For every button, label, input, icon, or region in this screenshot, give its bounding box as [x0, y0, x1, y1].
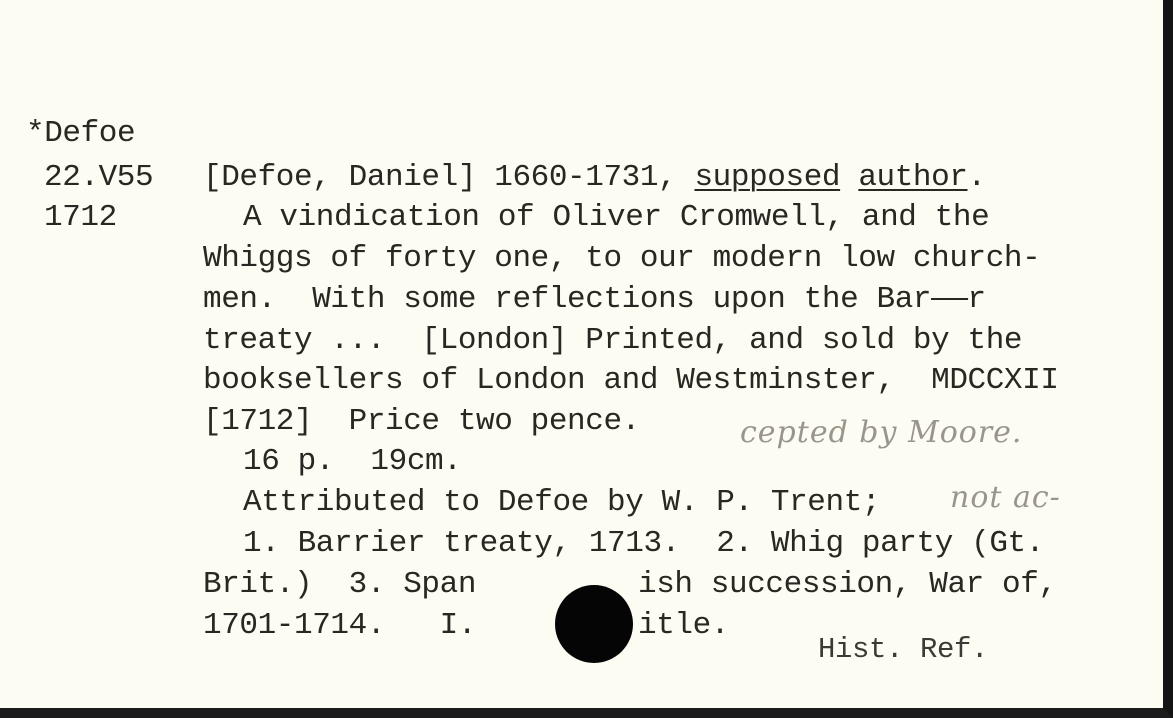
tracing-line-2b: ish succession, War of, — [638, 565, 1057, 605]
tracing-line-1: 1. Barrier treaty, 1713. 2. Whig party (… — [243, 524, 1044, 564]
tracing-line-2a: Brit.) 3. Span — [203, 565, 476, 605]
tracing-line-3b: itle. — [638, 606, 729, 646]
attribution-note: Attributed to Defoe by W. P. Trent; — [243, 483, 880, 523]
title-line-1: A vindication of Oliver Cromwell, and th… — [243, 198, 989, 238]
call-number-year: 1712 — [44, 198, 117, 238]
call-number-class: 22.V55 — [44, 158, 153, 198]
handwritten-note-2: cepted by Moore. — [740, 415, 1022, 450]
collation: 16 p. 19cm. — [243, 442, 461, 482]
handwritten-note-1: not ac- — [950, 480, 1061, 515]
author-dates: 1660-1731, — [494, 160, 676, 195]
role-supposed: supposed — [694, 160, 840, 195]
catalog-card: *Defoe 22.V55 1712 [Defoe, Daniel] 1660-… — [0, 0, 1173, 718]
author-heading: [Defoe, Daniel] 1660-1731, supposed auth… — [203, 158, 986, 198]
title-line-3: men. With some reflections upon the Bar—… — [203, 280, 986, 320]
title-line-2: Whiggs of forty one, to our modern low c… — [203, 239, 1040, 279]
role-author: author — [858, 160, 967, 195]
heading-period: . — [968, 160, 986, 195]
tracing-line-3a: 1701-1714. I. — [203, 606, 476, 646]
imprint-line-1: treaty ... [London] Printed, and sold by… — [203, 321, 1022, 361]
imprint-line-3: [1712] Price two pence. — [203, 402, 640, 442]
imprint-line-2: booksellers of London and Westminster, M… — [203, 361, 1059, 401]
location-note: Hist. Ref. — [818, 630, 988, 670]
call-number-prefix: *Defoe — [26, 114, 135, 154]
punch-hole — [555, 585, 633, 663]
author-name: [Defoe, Daniel] — [203, 160, 476, 195]
